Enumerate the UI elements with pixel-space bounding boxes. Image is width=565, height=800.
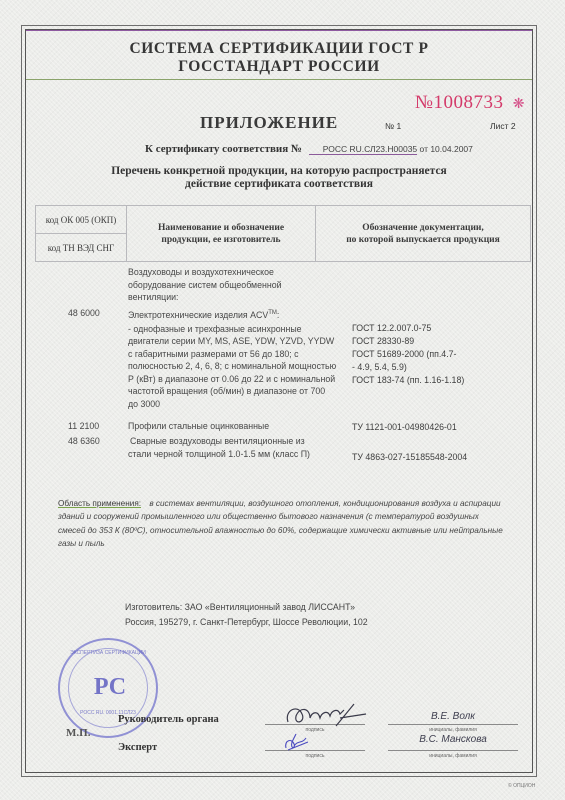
expert-signature-line: [265, 750, 365, 751]
column-code-okp: код ОК 005 (ОКП): [36, 206, 127, 234]
product-code: 48 6360: [68, 435, 100, 448]
certificate-date: от 10.04.2007: [417, 144, 473, 154]
product-name-line: с габаритными размерами от 56 до 180; с: [128, 348, 336, 361]
manufacturer-name: Изготовитель: ЗАО «Вентиляционный завод …: [125, 600, 368, 615]
header-divider: [26, 79, 532, 80]
list-title: Перечень конкретной продукции, на котору…: [26, 165, 532, 191]
documentation-line: ГОСТ 28330-89: [352, 335, 464, 348]
head-signature-icon: [280, 700, 370, 730]
product-group-title-line: вентиляции:: [128, 291, 282, 304]
annex-number: № 1: [385, 121, 401, 131]
scope-of-application: Область применения: в системах вентиляци…: [58, 497, 503, 550]
head-name-line: [388, 724, 518, 725]
expert-label: Эксперт: [118, 742, 157, 753]
column-code-tn-ved: код ТН ВЭД СНГ: [36, 234, 127, 262]
scope-label: Область применения:: [58, 499, 141, 508]
head-of-body-label: Руководитель органа: [118, 714, 219, 725]
product-name-line: стали черной толщиной 1.0-1.5 мм (класс …: [128, 448, 310, 461]
product-group-title-line: Воздуховоды и воздухотехническое: [128, 266, 282, 279]
product-documentation: ТУ 1121-001-04980426-01: [352, 421, 457, 434]
certificate-reference: К сертификату соответствия № РОСС RU.СЛ2…: [145, 143, 473, 155]
asterisk-mark-icon: ❋: [513, 97, 525, 112]
product-name-line: Р (кВт) в диапазоне от 0.06 до 22 и с но…: [128, 373, 336, 386]
product-name-line: двигатели серии MY, MS, ASE, YDW, YZVD, …: [128, 335, 336, 348]
list-title-line-1: Перечень конкретной продукции, на котору…: [26, 165, 532, 178]
annex-title: ПРИЛОЖЕНИЕ: [200, 113, 338, 133]
column-documentation-line-2: по которой выпускается продукция: [320, 234, 526, 246]
stamp-top-text: ЭКСПЕРТИЗА СЕРТИФИКАЦИИ: [60, 650, 156, 656]
list-title-line-2: действие сертификата соответствия: [26, 178, 532, 191]
rst-logo-icon: РС: [90, 672, 130, 702]
sheet-number: Лист 2: [490, 121, 516, 131]
system-title: СИСТЕМА СЕРТИФИКАЦИИ ГОСТ Р: [26, 40, 532, 58]
column-product-name: Наименование и обозначение продукции, ее…: [127, 206, 316, 262]
documentation-line: ГОСТ 183-74 (пп. 1.16-1.18): [352, 374, 464, 387]
documentation-line: ГОСТ 12.2.007.0-75: [352, 322, 464, 335]
manufacturer-info: Изготовитель: ЗАО «Вентиляционный завод …: [125, 600, 368, 629]
product-name-line: Электротехнические изделия ACVTM:: [128, 307, 336, 322]
product-name-line: Сварные воздуховоды вентиляционные из: [128, 435, 310, 448]
product-name-line: полюсностью 2, 4, 6, 8; с номинальной мо…: [128, 360, 336, 373]
product-group-title-line: оборудование систем общеобменной: [128, 279, 282, 292]
product-documentation: ТУ 4863-027-15185548-2004: [352, 451, 467, 464]
product-name: Профили стальные оцинкованные: [128, 420, 269, 433]
documentation-line: ГОСТ 51689-2000 (пп.4.7-: [352, 348, 464, 361]
certificate-reference-label: К сертификату соответствия №: [145, 143, 302, 155]
products-table-header: код ОК 005 (ОКП) Наименование и обозначе…: [35, 205, 531, 262]
signature-caption: подпись: [265, 753, 365, 759]
documentation-line: - 4.9, 5.4, 5.9): [352, 361, 464, 374]
column-documentation: Обозначение документации, по которой вып…: [316, 206, 531, 262]
name-caption: инициалы, фамилия: [388, 753, 518, 759]
expert-name-line: [388, 750, 518, 751]
authority-title: ГОССТАНДАРТ РОССИИ: [26, 58, 532, 76]
product-name: Сварные воздуховоды вентиляционные из ст…: [128, 435, 310, 460]
seal-place-label: М.П.: [66, 727, 90, 739]
certificate-reference-value: РОСС RU.СЛ23.Н00035 от 10.04.2007: [309, 144, 473, 154]
product-name: Электротехнические изделия ACVTM: - одно…: [128, 307, 336, 411]
certificate-number: РОСС RU.СЛ23.Н00035: [309, 144, 417, 155]
form-number: №1008733 ❋: [415, 92, 525, 114]
product-name-line: частотой вращения (об/мин) в диапазоне о…: [128, 385, 336, 398]
product-documentation: ГОСТ 12.2.007.0-75 ГОСТ 28330-89 ГОСТ 51…: [352, 322, 464, 387]
product-group-title: Воздуховоды и воздухотехническое оборудо…: [128, 266, 282, 304]
expert-signature-icon: [282, 730, 312, 752]
product-code: 11 2100: [68, 420, 99, 433]
head-name: В.Е. Волк: [388, 711, 518, 722]
expert-name: В.С. Манскова: [388, 734, 518, 745]
manufacturer-address: Россия, 195279, г. Санкт-Петербург, Шосс…: [125, 615, 368, 630]
product-code: 48 6000: [68, 307, 100, 320]
name-caption: инициалы, фамилия: [388, 727, 518, 733]
form-number-value: №1008733: [415, 92, 504, 113]
product-name-line: - однофазные и трехфазные асинхронные: [128, 323, 336, 336]
copyright-text: © ОПЦИОН: [508, 783, 535, 789]
product-name-line: до 3000: [128, 398, 336, 411]
column-product-name-line-1: Наименование и обозначение: [131, 222, 311, 234]
column-documentation-line-1: Обозначение документации,: [320, 222, 526, 234]
column-product-name-line-2: продукции, ее изготовитель: [131, 234, 311, 246]
